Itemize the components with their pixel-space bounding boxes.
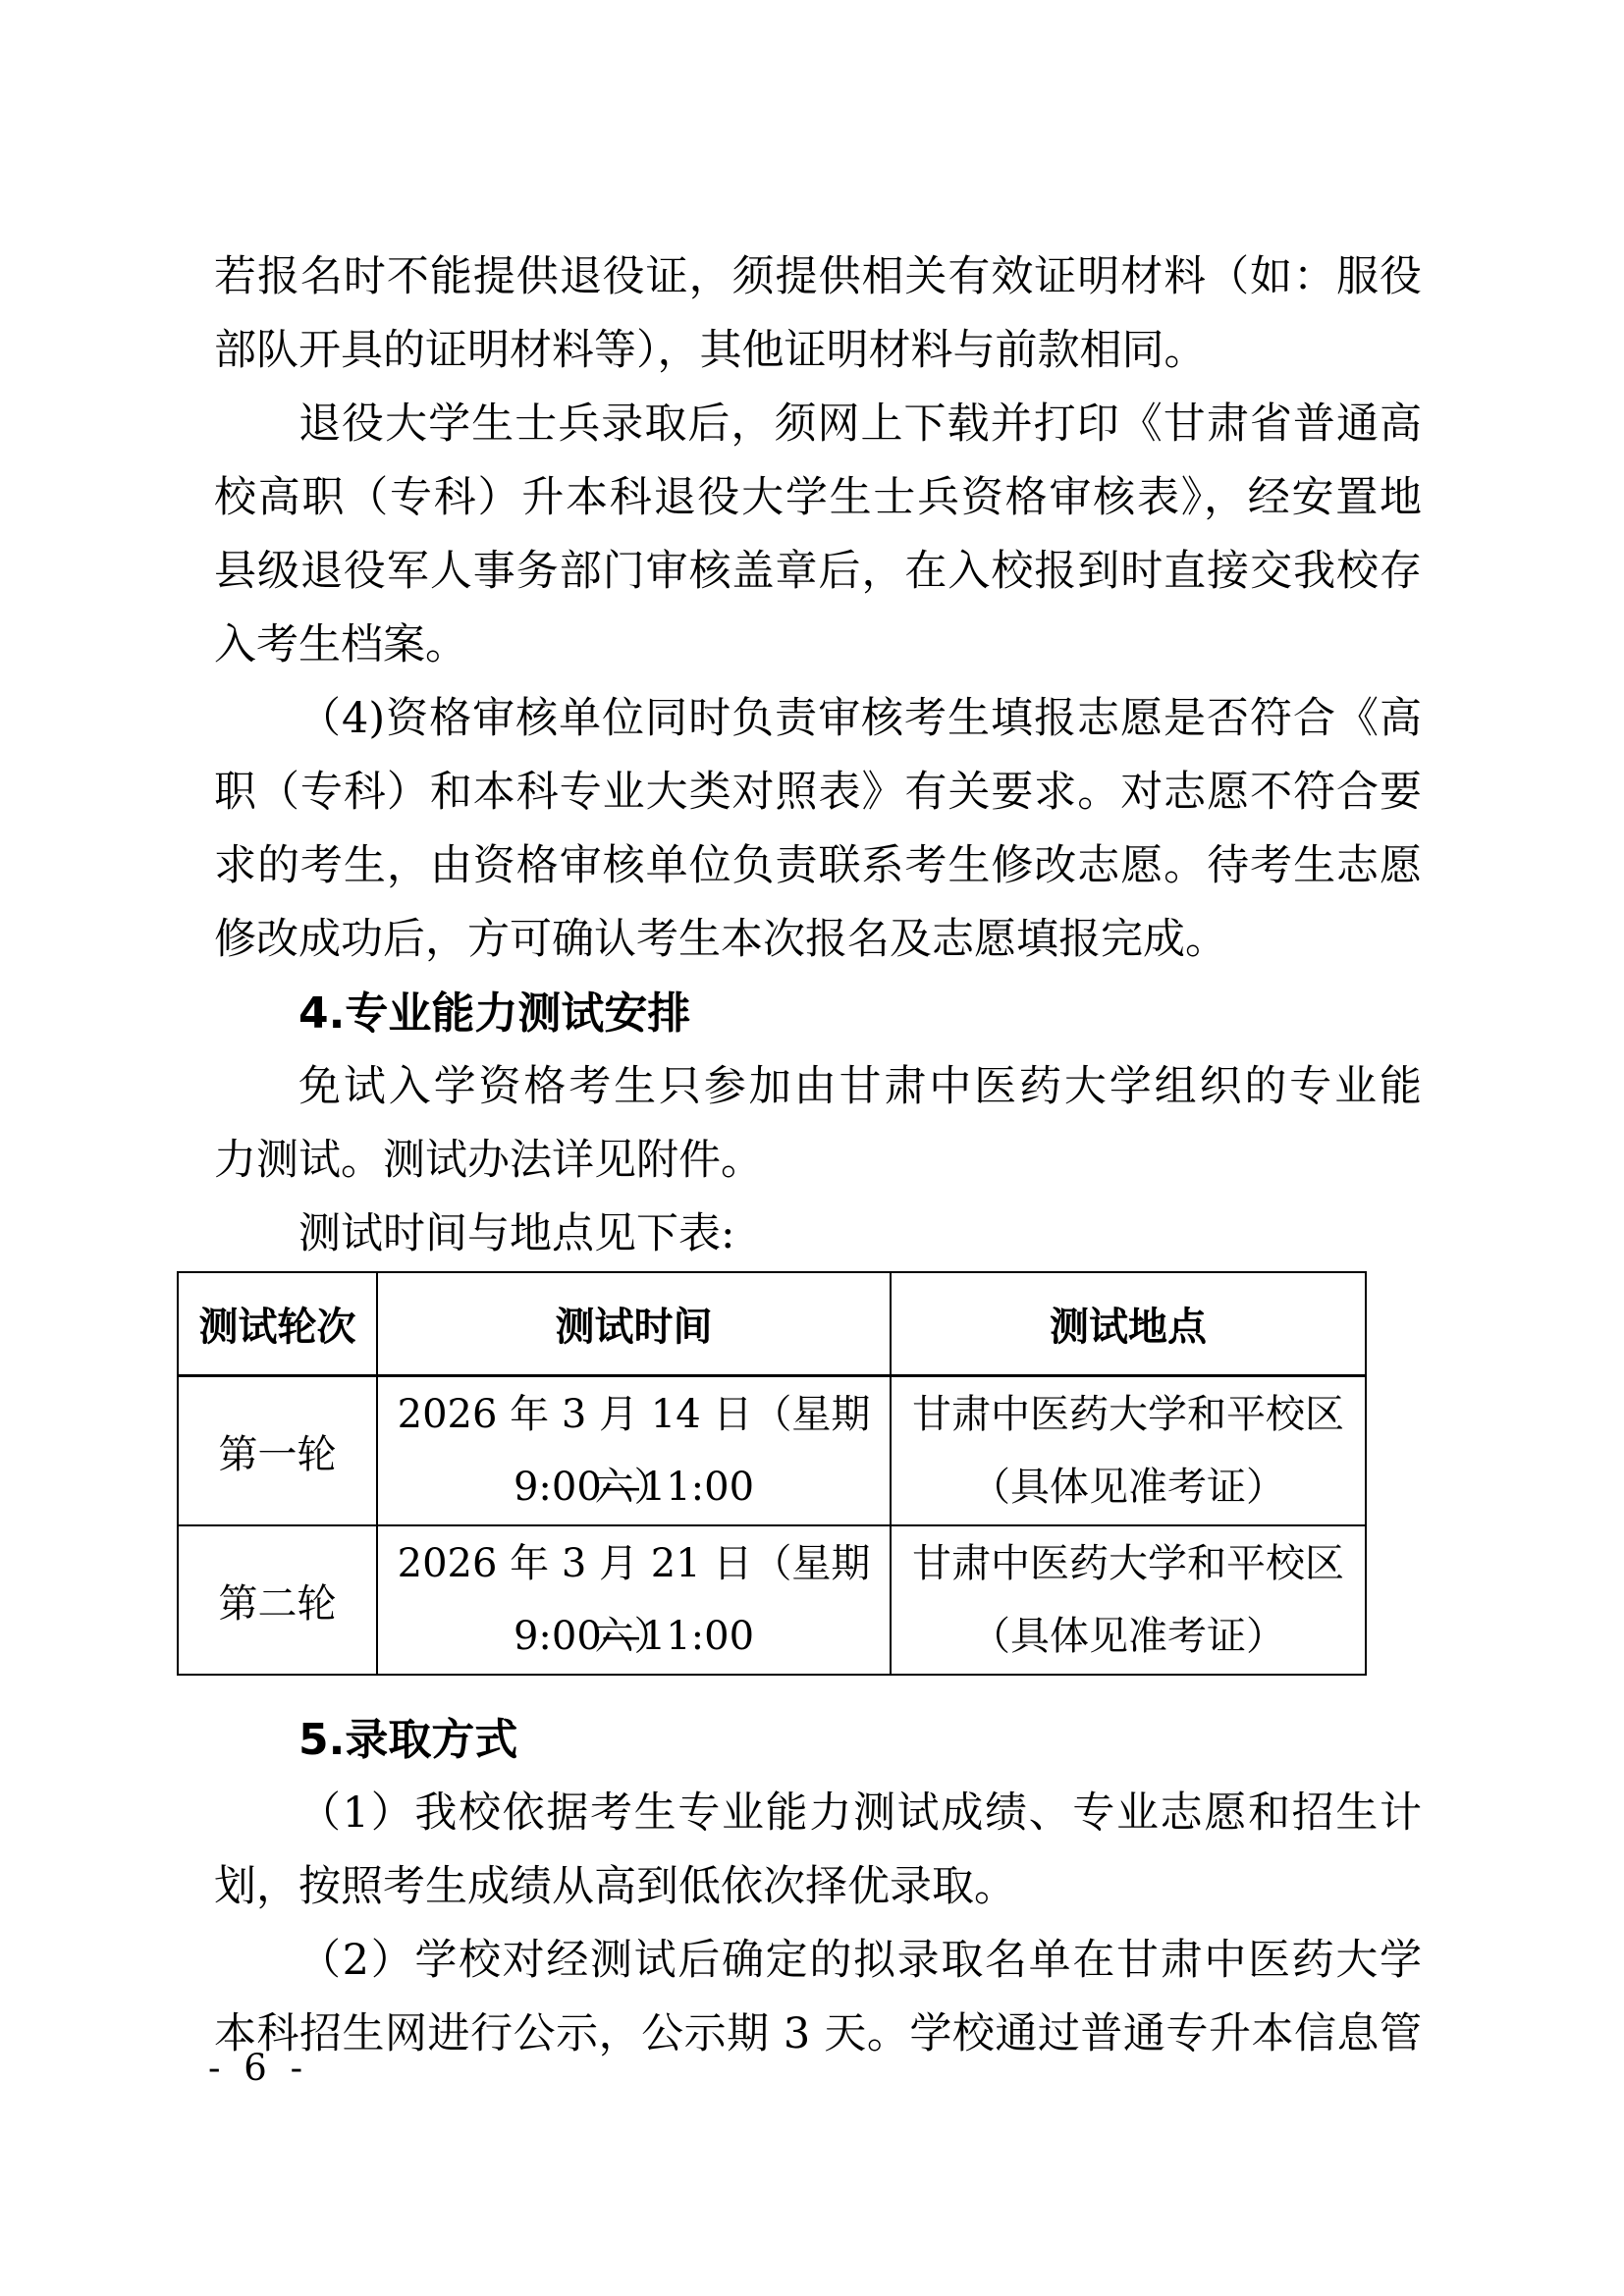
text-line: （1）我校依据考生专业能力测试成绩、专业志愿和招生计 [214, 1777, 1422, 1850]
text-line: 入考生档案。 [214, 609, 1422, 682]
test-date: 2026 年 3 月 14 日（星期六） [378, 1378, 890, 1451]
text-line: 本科招生网进行公示，公示期 3 天。学校通过普通专升本信息管 [214, 1998, 1422, 2071]
table-header-round: 测试轮次 [178, 1272, 377, 1376]
page-number: - 6 - [208, 2044, 308, 2093]
text-line: 力测试。测试办法详见附件。 [214, 1124, 1422, 1198]
test-campus: 甘肃中医药大学和平校区 [892, 1378, 1365, 1451]
table-row: 第二轮 2026 年 3 月 21 日（星期六） 9:00—11:00 甘肃中医… [178, 1525, 1366, 1675]
test-campus: 甘肃中医药大学和平校区 [892, 1527, 1365, 1600]
cell-time: 2026 年 3 月 21 日（星期六） 9:00—11:00 [377, 1525, 891, 1675]
text-line: 部队开具的证明材料等），其他证明材料与前款相同。 [214, 314, 1422, 388]
test-schedule-table: 测试轮次 测试时间 测试地点 第一轮 2026 年 3 月 14 日（星期六） … [177, 1271, 1367, 1676]
document-page: 若报名时不能提供退役证，须提供相关有效证明材料（如：服役 部队开具的证明材料等）… [0, 0, 1624, 2296]
text-line: 修改成功后，方可确认考生本次报名及志愿填报完成。 [214, 903, 1422, 977]
text-line: 校高职（专科）升本科退役大学生士兵资格审核表》，经安置地 [214, 461, 1422, 535]
text-line: （4)资格审核单位同时负责审核考生填报志愿是否符合《高 [214, 682, 1422, 756]
text-line: 退役大学生士兵录取后，须网上下载并打印《甘肃省普通高 [214, 388, 1422, 461]
table-header-row: 测试轮次 测试时间 测试地点 [178, 1272, 1366, 1376]
table-header-location: 测试地点 [891, 1272, 1366, 1376]
table-row: 第一轮 2026 年 3 月 14 日（星期六） 9:00—11:00 甘肃中医… [178, 1376, 1366, 1526]
section-heading-admission-method: 5.录取方式 [214, 1703, 1422, 1777]
cell-round: 第一轮 [178, 1376, 377, 1526]
test-campus-note: （具体见准考证） [892, 1600, 1365, 1673]
test-hours: 9:00—11:00 [378, 1451, 890, 1523]
cell-round: 第二轮 [178, 1525, 377, 1675]
cell-location: 甘肃中医药大学和平校区 （具体见准考证） [891, 1525, 1366, 1675]
section-heading-test-arrangement: 4.专业能力测试安排 [214, 977, 1422, 1050]
text-line: 划，按照考生成绩从高到低依次择优录取。 [214, 1850, 1422, 1924]
text-line: 免试入学资格考生只参加由甘肃中医药大学组织的专业能 [214, 1050, 1422, 1124]
test-schedule-table-wrap: 测试轮次 测试时间 测试地点 第一轮 2026 年 3 月 14 日（星期六） … [177, 1271, 1365, 1676]
test-hours: 9:00—11:00 [378, 1600, 890, 1673]
text-line: 县级退役军人事务部门审核盖章后，在入校报到时直接交我校存 [214, 535, 1422, 609]
cell-location: 甘肃中医药大学和平校区 （具体见准考证） [891, 1376, 1366, 1526]
text-line: 求的考生，由资格审核单位负责联系考生修改志愿。待考生志愿 [214, 829, 1422, 903]
test-campus-note: （具体见准考证） [892, 1451, 1365, 1523]
text-line: （2）学校对经测试后确定的拟录取名单在甘肃中医药大学 [214, 1924, 1422, 1998]
text-line: 职（专科）和本科专业大类对照表》有关要求。对志愿不符合要 [214, 756, 1422, 829]
cell-time: 2026 年 3 月 14 日（星期六） 9:00—11:00 [377, 1376, 891, 1526]
text-line: 测试时间与地点见下表: [214, 1198, 1422, 1271]
document-body: 若报名时不能提供退役证，须提供相关有效证明材料（如：服役 部队开具的证明材料等）… [214, 240, 1422, 2071]
test-date: 2026 年 3 月 21 日（星期六） [378, 1527, 890, 1600]
text-line: 若报名时不能提供退役证，须提供相关有效证明材料（如：服役 [214, 240, 1422, 314]
table-header-time: 测试时间 [377, 1272, 891, 1376]
